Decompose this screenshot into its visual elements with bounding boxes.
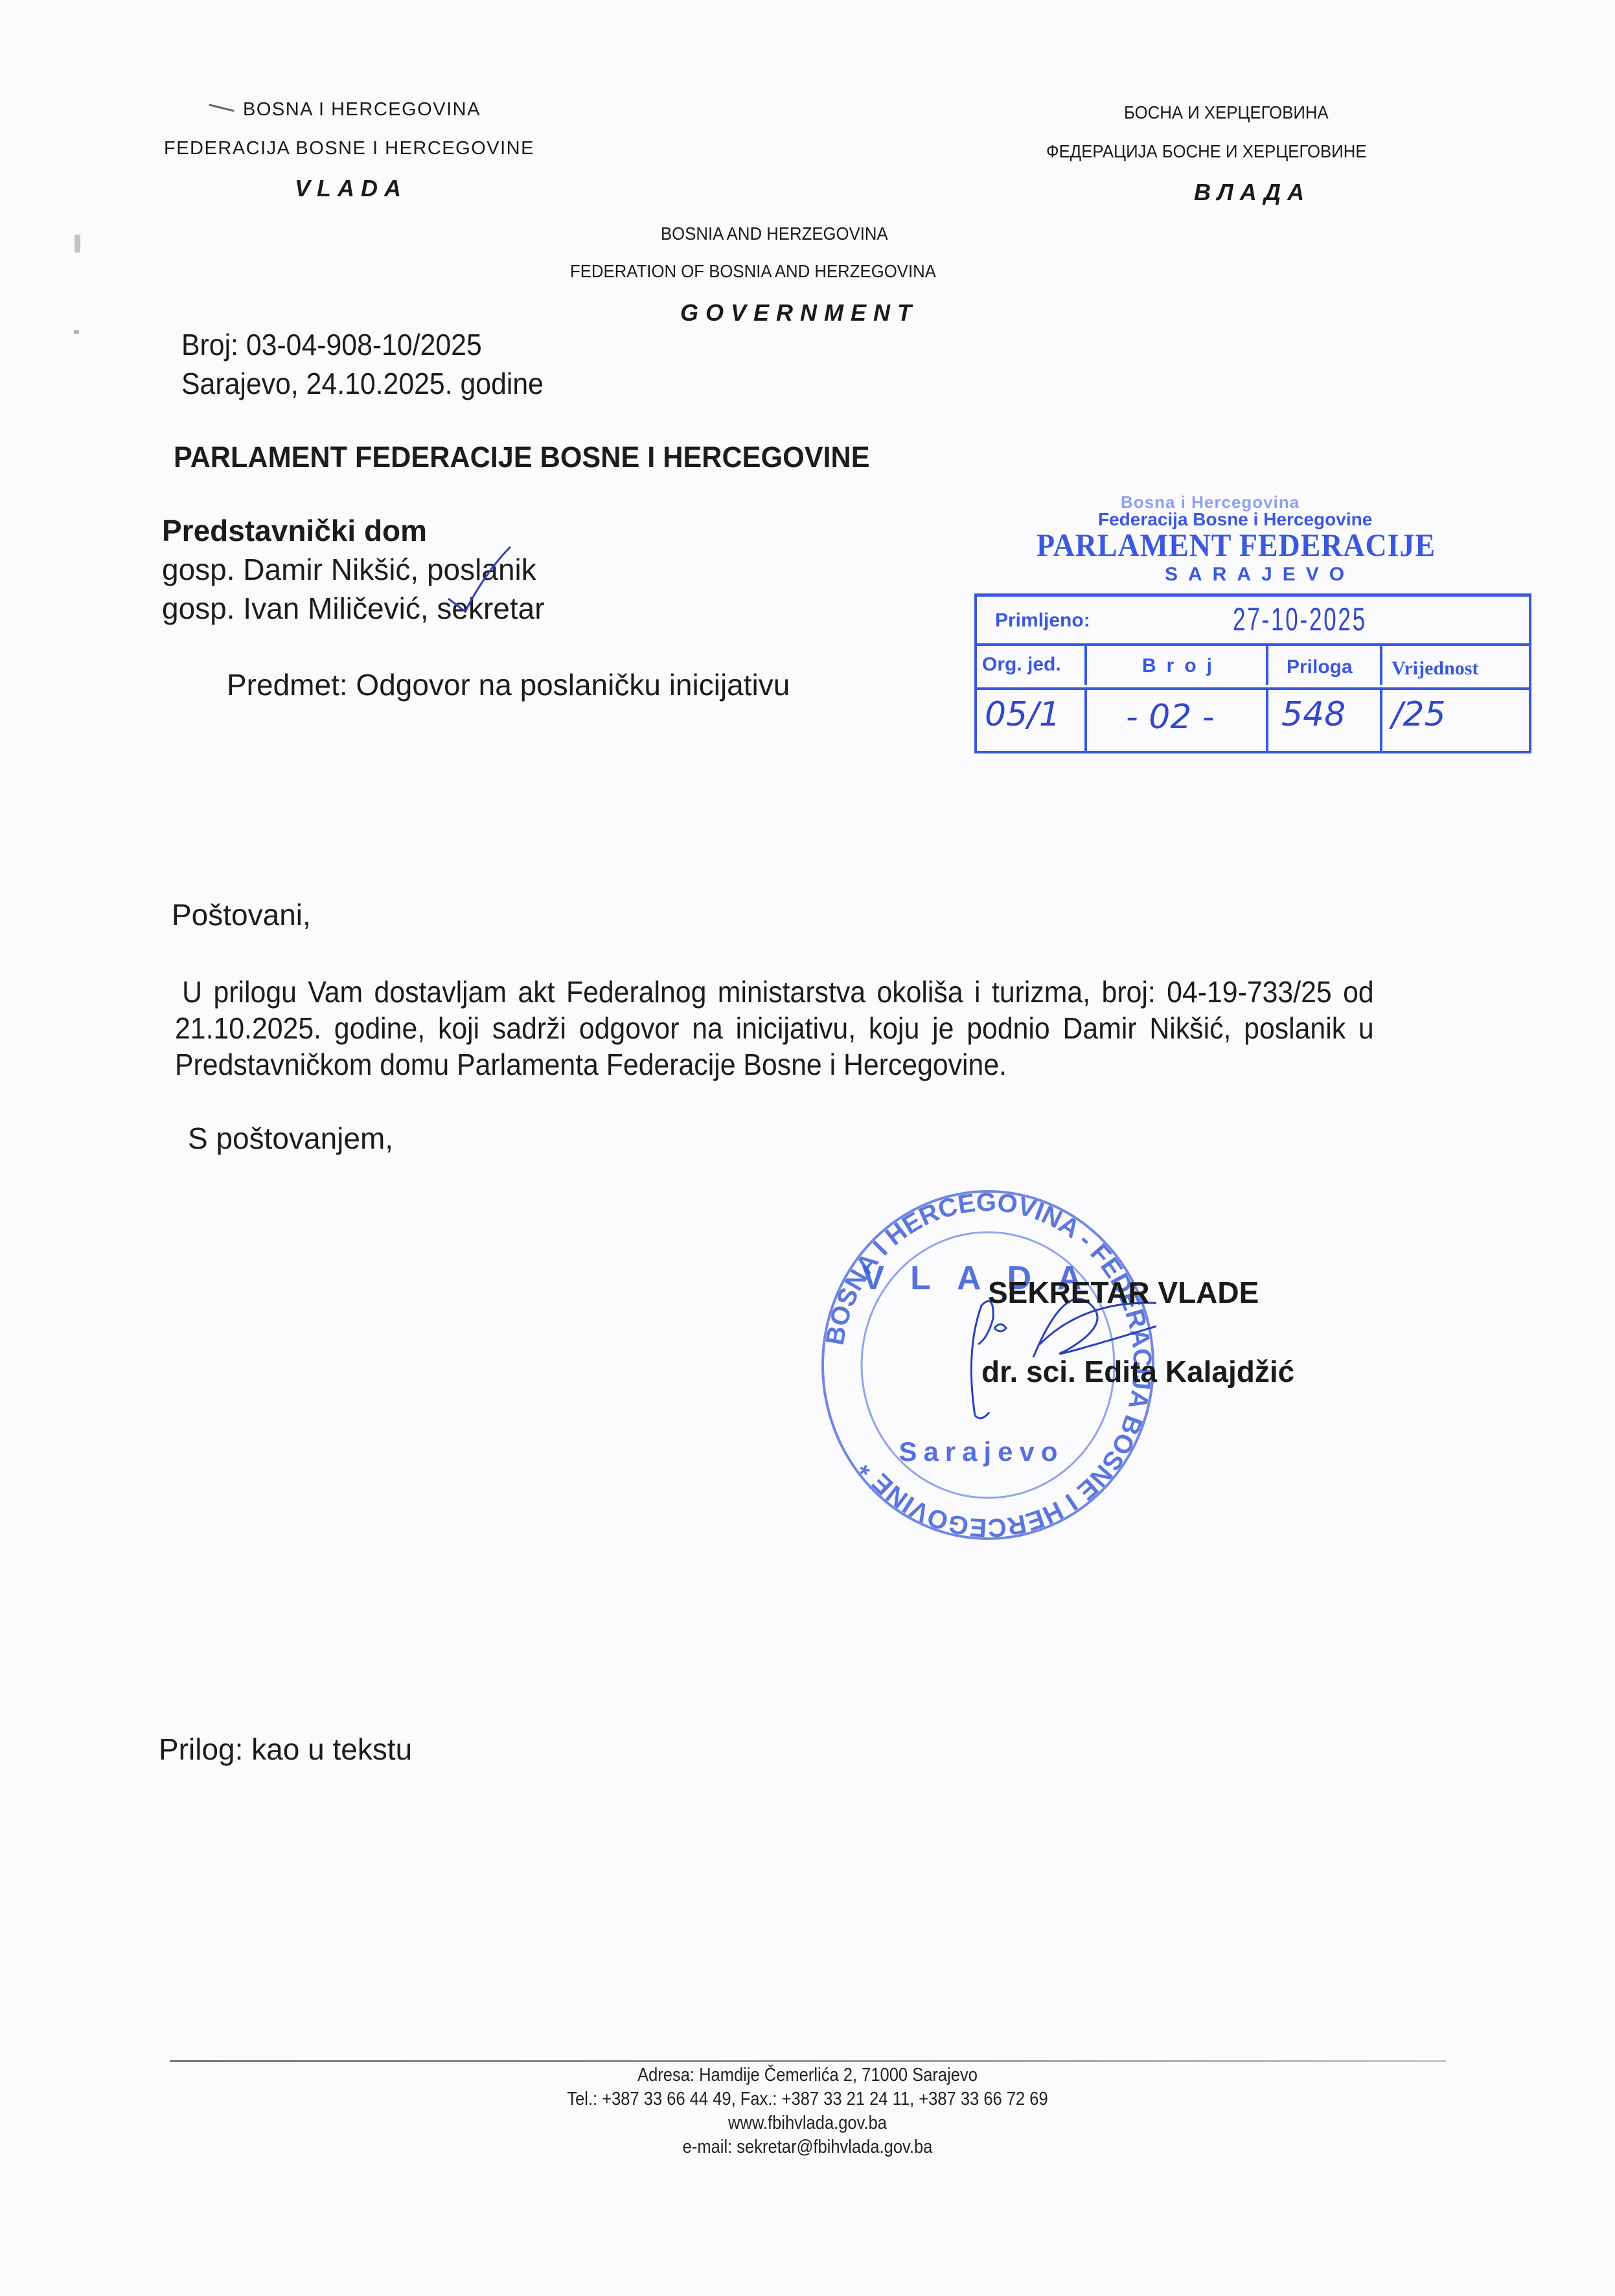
stamp-line3: PARLAMENT FEDERACIJE	[1037, 526, 1436, 564]
checkmark-icon	[441, 539, 518, 617]
letterhead-left-line1: BOSNA I HERCEGOVINA	[243, 99, 481, 121]
closing: S poštovanjem,	[188, 1121, 393, 1156]
footer: Adresa: Hamdije Čemerlića 2, 71000 Saraj…	[0, 2063, 1615, 2159]
greeting: Poštovani,	[172, 897, 311, 932]
received-date: 27-10-2025	[1233, 601, 1367, 638]
footer-divider	[170, 2060, 1446, 2062]
letterhead-right-title: ВЛАДА	[1194, 179, 1311, 206]
val-org: 05/1	[985, 695, 1060, 734]
received-label: Primljeno:	[995, 610, 1090, 632]
footer-email[interactable]: e-mail: sekretar@fbihvlada.gov.ba	[97, 2135, 1518, 2159]
body-paragraph-text: U prilogu Vam dostavljam akt Federalnog …	[175, 975, 1374, 1081]
footer-phones: Tel.: +387 33 66 44 49, Fax.: +387 33 21…	[97, 2087, 1518, 2111]
letterhead-right-line2: ФЕДЕРАЦИЈА БОСНЕ И ХЕРЦЕГОВИНЕ	[1046, 141, 1367, 162]
dash-mark	[209, 104, 235, 112]
scan-speck	[74, 330, 79, 334]
stamp-line4: SARAJEVO	[1165, 564, 1355, 586]
col-priloga: Priloga	[1287, 656, 1353, 678]
registration-stamp: Bosna i Hercegovina Federacija Bosne i H…	[972, 492, 1535, 777]
val-broj: - 02 -	[1126, 698, 1215, 737]
col-org: Org. jed.	[982, 654, 1061, 676]
seal-city: Sarajevo	[899, 1436, 1064, 1467]
signatory-name: dr. sci. Edita Kalajdžić	[981, 1354, 1294, 1389]
col-vrijednost: Vrijednost	[1392, 658, 1478, 680]
scan-speck	[74, 235, 80, 253]
footer-website[interactable]: www.fbihvlada.gov.ba	[97, 2111, 1518, 2135]
val-vrijednost: /25	[1392, 695, 1446, 734]
val-priloga: 548	[1281, 695, 1346, 734]
col-broj: Broj	[1142, 655, 1222, 677]
letterhead-center-title: GOVERNMENT	[680, 299, 919, 327]
letterhead-left-line2: FEDERACIJA BOSNE I HERCEGOVINE	[164, 138, 534, 159]
signatory-title: SEKRETAR VLADE	[988, 1275, 1259, 1310]
recipient-institution: PARLAMENT FEDERACIJE BOSNE I HERCEGOVINE	[174, 441, 870, 474]
subject: Predmet: Odgovor na poslaničku inicijati…	[227, 667, 790, 702]
attachment: Prilog: kao u tekstu	[159, 1732, 412, 1767]
registration-table: Primljeno: 27-10-2025 Org. jed. Broj Pri…	[974, 593, 1531, 753]
letterhead-right-line1: БОСНА И ХЕРЦЕГОВИНА	[1124, 102, 1329, 123]
recipient-house: Predstavnički dom	[162, 513, 427, 548]
reference-number: Broj: 03-04-908-10/2025	[181, 327, 482, 362]
reference-date: Sarajevo, 24.10.2025. godine	[181, 366, 544, 401]
letterhead-left-title: VLADA	[295, 175, 407, 202]
letterhead-center-line1: BOSNIA AND HERZEGOVINA	[661, 224, 888, 244]
body-paragraph: U prilogu Vam dostavljam akt Federalnog …	[175, 974, 1374, 1083]
letterhead-center-line2: FEDERATION OF BOSNIA AND HERZEGOVINA	[570, 261, 936, 282]
footer-address: Adresa: Hamdije Čemerlića 2, 71000 Saraj…	[97, 2063, 1518, 2087]
